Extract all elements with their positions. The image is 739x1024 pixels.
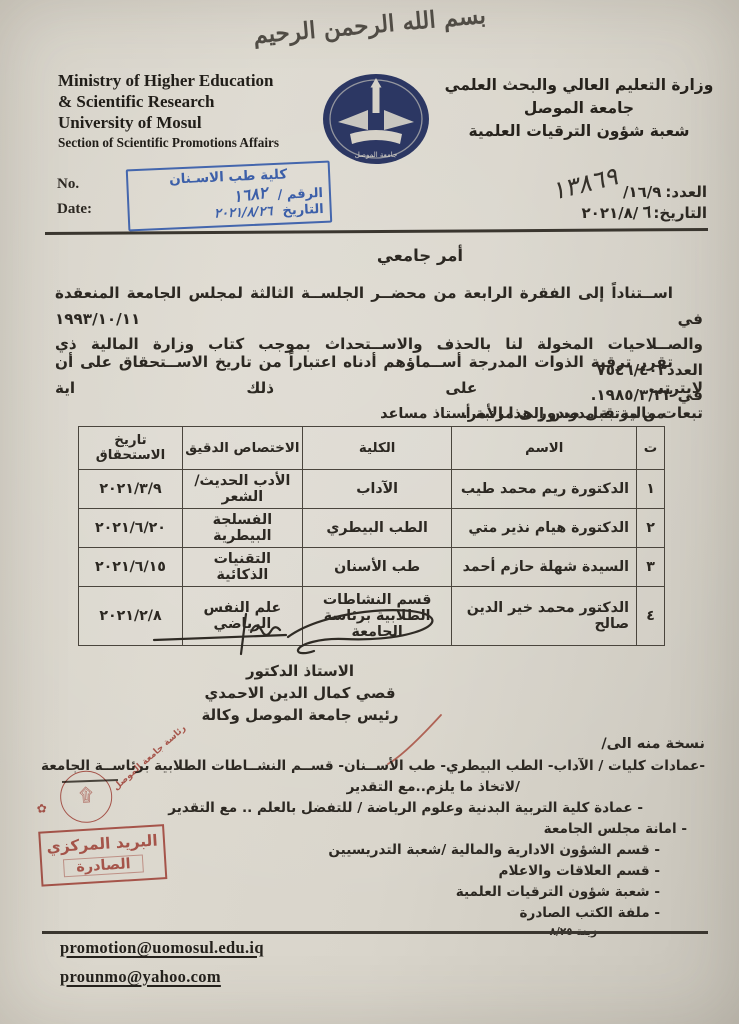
footer-emails: promotion@uomosul.edu.iqprounmo@yahoo.co… (60, 938, 264, 996)
table-row: ٢الدكتورة هيام نذير متيالطب البيطريالفسل… (79, 509, 665, 548)
doc-date-day-handwritten: ٦ (640, 202, 652, 223)
table-header-cell: الاسم (452, 427, 637, 470)
table-cell: ١ (637, 470, 665, 509)
table-cell: ٢٠٢١/٦/٢٠ (79, 509, 183, 548)
table-header-cell: الاختصاص الدقيق (182, 427, 302, 470)
signatory-line: قصي كمال الدين الاحمدي (150, 682, 450, 704)
doc-number-label: العدد: (665, 183, 707, 201)
stamp-ornament-icon: ✿ (36, 801, 47, 816)
signatory-line: الاستاذ الدكتور (150, 660, 450, 682)
ministry-header-en-line: & Scientific Research (58, 91, 279, 112)
ministry-header-en-line: University of Mosul (58, 112, 279, 133)
copy-list-item: - ملفة الكتب الصادرة (38, 903, 660, 924)
table-cell: ٢٠٢١/٣/٩ (79, 470, 183, 509)
ministry-header-en-line: Ministry of Higher Education (58, 70, 279, 91)
ministry-header-ar-line: شعبة شؤون الترقيات العلمية (438, 120, 720, 143)
table-cell: التقنيات الذكائية (182, 548, 302, 587)
table-row: ٣السيدة شهلة حازم أحمدطب الأسنانالتقنيات… (79, 548, 665, 587)
bismillah-calligraphy: بسم الله الرحمن الرحيم (231, 0, 507, 51)
order-title: أمر جامعي (300, 246, 540, 265)
stamp-line-central-mail: البريد المركزي (43, 831, 162, 856)
table-cell: ٤ (637, 587, 665, 646)
table-caption: من مرتبة مدرس إلى مرتبة أستاذ مساعد (335, 406, 665, 422)
table-header-row: تالاسمالكليةالاختصاص الدقيقتاريخ الاستحق… (79, 427, 665, 470)
entry-stamp-number-label: الرقم / (277, 186, 323, 203)
table-cell: الطب البيطري (302, 509, 452, 548)
copies-heading: نسخة منه الى/ (38, 736, 705, 752)
scanned-document-page: بسم الله الرحمن الرحيم Ministry of Highe… (0, 0, 739, 1024)
table-cell: طب الأسنان (302, 548, 452, 587)
outgoing-mail-stamp: ۩ رئاسة جامعة الموصل ✿ البريد المركزي ال… (27, 766, 174, 887)
entry-stamp-date-value: ٢٠٢١/٨/٢٦ (214, 204, 273, 222)
doc-date-label: التاريخ: (653, 204, 707, 222)
doc-number-code: /١٦/٩ (623, 183, 661, 201)
order-paragraph-line: اســتناداً إلى الفقرة الرابعة من محضــر … (55, 281, 703, 332)
stamp-text-box: البريد المركزي الصادرة (38, 824, 167, 887)
table-cell: الآداب (302, 470, 452, 509)
stamp-line-outgoing: الصادرة (63, 854, 144, 877)
college-entry-stamp: كلية طب الاسـنان الرقم / ١٦٨٢ التاريخ ٢٠… (126, 161, 333, 232)
entry-stamp-date-label: التاريخ (282, 202, 324, 219)
doc-date-rest: ٢٠٢١/٨/ (582, 204, 639, 222)
footer-divider (42, 931, 708, 934)
doc-date-line: التاريخ: ٦ ٢٠٢١/٨/ (455, 203, 707, 223)
order-paragraph-line: تقرر ترقية الذوات المدرجة أســماؤهم أدنا… (55, 350, 703, 401)
entry-stamp-number-value: ١٦٨٢ (232, 183, 269, 206)
table-cell: الدكتورة ريم محمد طيب (452, 470, 637, 509)
ministry-header-ar-line: جامعة الموصل (438, 97, 720, 120)
university-emblem-icon: جامعة الموصل (320, 72, 432, 170)
copy-list-item: - شعبة شؤون الترقيات العلمية (38, 882, 660, 903)
table-header-cell: ت (637, 427, 665, 470)
table-header-cell: تاريخ الاستحقاق (79, 427, 183, 470)
table-cell: ٢٠٢١/٦/١٥ (79, 548, 183, 587)
email-line: promotion@uomosul.edu.iq (60, 938, 264, 958)
table-cell: الأدب الحديث/ الشعر (182, 470, 302, 509)
doc-number-serial-handwritten: ١٣٨٦٩ (548, 161, 620, 205)
email-line: prounmo@yahoo.com (60, 967, 264, 987)
doc-number-line: العدد: /١٦/٩ ١٣٨٦٩ (455, 174, 707, 203)
table-cell: ٢ (637, 509, 665, 548)
ministry-header-ar: وزارة التعليم العالي والبحث العلميجامعة … (438, 74, 720, 143)
table-cell: السيدة شهلة حازم أحمد (452, 548, 637, 587)
stamp-emblem-icon: ۩ (59, 769, 114, 824)
table-cell: الفسلجة البيطرية (182, 509, 302, 548)
emblem-caption-text: جامعة الموصل (355, 151, 398, 159)
ministry-header-ar-line: وزارة التعليم العالي والبحث العلمي (438, 74, 720, 97)
ministry-header-en: Ministry of Higher Education& Scientific… (58, 70, 279, 152)
signature-scribble-icon (148, 604, 448, 660)
table-row: ١الدكتورة ريم محمد طيبالآدابالأدب الحديث… (79, 470, 665, 509)
no-label: No. (57, 176, 79, 193)
table-cell: الدكتور محمد خير الدين صالح (452, 587, 637, 646)
table-cell: ٣ (637, 548, 665, 587)
date-label-en: Date: (57, 201, 92, 218)
ministry-header-en-line: Section of Scientific Promotions Affairs (58, 133, 279, 152)
table-cell: الدكتورة هيام نذير متي (452, 509, 637, 548)
table-header-cell: الكلية (302, 427, 452, 470)
